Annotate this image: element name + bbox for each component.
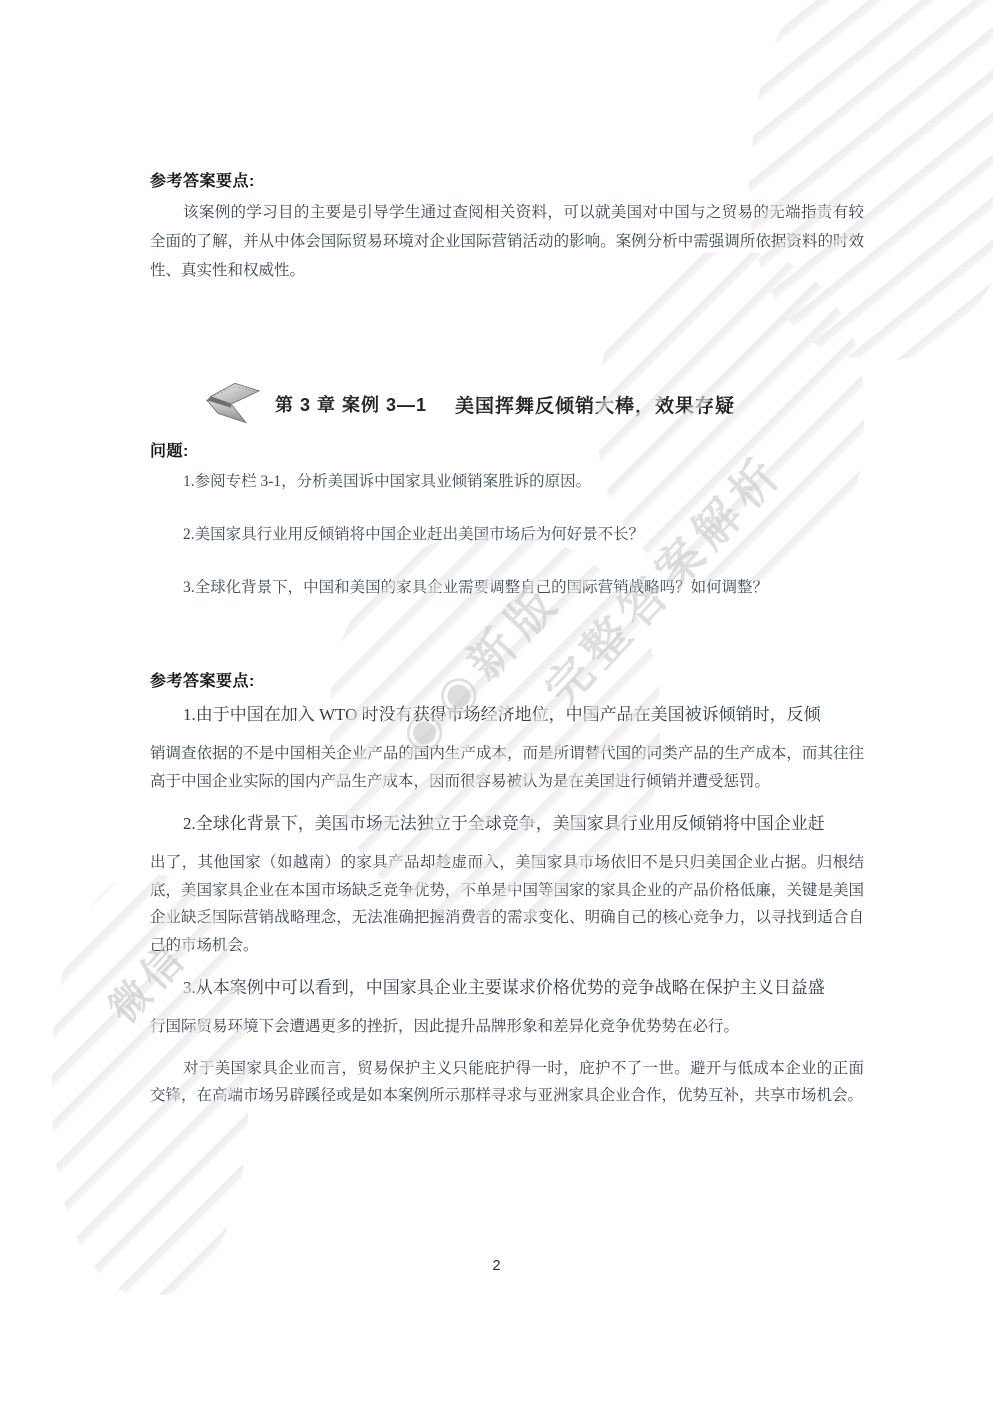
intro-paragraph: 该案例的学习目的主要是引导学生通过查阅相关资料，可以就美国对中国与之贸易的无端指… <box>150 198 864 285</box>
document-page: 参考答案要点: 该案例的学习目的主要是引导学生通过查阅相关资料，可以就美国对中国… <box>0 0 993 1404</box>
answer-1-body: 销调查依据的不是中国相关企业产品的国内生产成本，而是所谓替代国的同类产品的生产成… <box>150 740 864 795</box>
case-chapter-label: 第 3 章 案例 3—1 <box>275 391 427 417</box>
answer-closing-paragraph: 对于美国家具企业而言，贸易保护主义只能庇护得一时，庇护不了一世。避开与低成本企业… <box>150 1055 864 1110</box>
answer-item-3: 3.从本案例中可以看到，中国家具企业主要谋求价格优势的竞争战略在保护主义日益盛 … <box>150 973 864 1041</box>
paper-dart-icon <box>203 381 263 427</box>
question-item-3: 3.全球化背景下，中国和美国的家具企业需要调整自己的国际营销战略吗？如何调整？ <box>150 576 864 600</box>
page-number: 2 <box>0 1258 993 1274</box>
brush-stroke-top-right <box>731 0 993 373</box>
answer-3-lead: 3.从本案例中可以看到，中国家具企业主要谋求价格优势的竞争战略在保护主义日益盛 <box>150 973 864 1003</box>
questions-label: 问题: <box>150 438 189 461</box>
case-title: 美国挥舞反倾销大棒，效果存疑 <box>455 391 735 418</box>
answer-2-lead: 2.全球化背景下，美国市场无法独立于全球竞争，美国家具行业用反倾销将中国企业赶 <box>150 809 864 839</box>
answers-heading: 参考答案要点: <box>150 668 255 691</box>
answers-section: 1.由于中国在加入 WTO 时没有获得市场经济地位，中国产品在美国被诉倾销时，反… <box>150 700 864 1124</box>
answer-3-body: 行国际贸易环境下会遭遇更多的挫折，因此提升品牌形象和差异化竞争优势势在必行。 <box>150 1013 864 1041</box>
answer-closing-text: 对于美国家具企业而言，贸易保护主义只能庇护得一时，庇护不了一世。避开与低成本企业… <box>150 1055 864 1110</box>
answer-2-body: 出了，其他国家（如越南）的家具产品却趁虚而入，美国家具市场依旧不是只归美国企业占… <box>150 849 864 959</box>
question-list: 1.参阅专栏 3-1，分析美国诉中国家具业倾销案胜诉的原因。 2.美国家具行业用… <box>150 470 864 629</box>
question-item-2: 2.美国家具行业用反倾销将中国企业赶出美国市场后为何好景不长？ <box>150 523 864 547</box>
answer-1-lead: 1.由于中国在加入 WTO 时没有获得市场经济地位，中国产品在美国被诉倾销时，反… <box>150 700 864 730</box>
question-item-1: 1.参阅专栏 3-1，分析美国诉中国家具业倾销案胜诉的原因。 <box>150 470 864 494</box>
answer-item-1: 1.由于中国在加入 WTO 时没有获得市场经济地位，中国产品在美国被诉倾销时，反… <box>150 700 864 795</box>
case-heading-row: 第 3 章 案例 3—1 美国挥舞反倾销大棒，效果存疑 <box>203 381 735 427</box>
intro-answer-points-heading: 参考答案要点: <box>150 168 255 191</box>
answer-item-2: 2.全球化背景下，美国市场无法独立于全球竞争，美国家具行业用反倾销将中国企业赶 … <box>150 809 864 959</box>
